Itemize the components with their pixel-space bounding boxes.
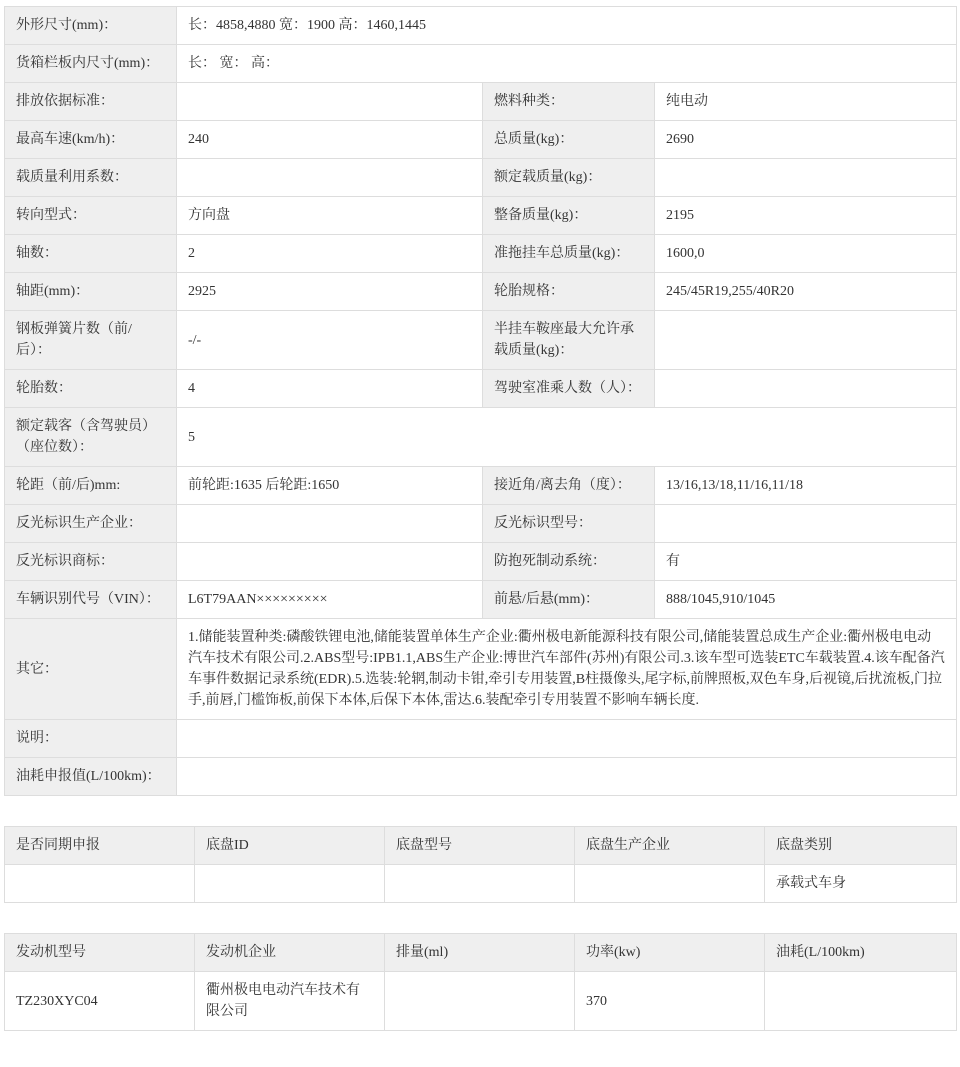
spec-value: L6T79AAN××××××××× (177, 581, 483, 619)
spec-row: 油耗申报值(L/100km)： (5, 758, 957, 796)
spec-label: 转向型式： (5, 197, 177, 235)
chassis-header-cell: 底盘类别 (765, 827, 957, 865)
spec-value: 1.储能装置种类:磷酸铁锂电池,储能装置单体生产企业:衢州极电新能源科技有限公司… (177, 619, 957, 720)
spec-label: 车辆识别代号（VIN）： (5, 581, 177, 619)
spec-label: 整备质量(kg)： (483, 197, 655, 235)
spec-value: 2 (177, 235, 483, 273)
spec-row: 说明： (5, 720, 957, 758)
spec-label: 轮胎数： (5, 370, 177, 408)
chassis-table: 是否同期申报 底盘ID 底盘型号 底盘生产企业 底盘类别 承载式车身 (4, 826, 957, 903)
engine-cell: 370 (575, 972, 765, 1031)
spec-label: 油耗申报值(L/100km)： (5, 758, 177, 796)
spec-row: 载质量利用系数： 额定载质量(kg)： (5, 159, 957, 197)
spec-label: 额定载质量(kg)： (483, 159, 655, 197)
chassis-header-cell: 是否同期申报 (5, 827, 195, 865)
spec-label: 其它： (5, 619, 177, 720)
spec-value (655, 159, 957, 197)
spec-row: 轮距（前/后)mm: 前轮距:1635 后轮距:1650 接近角/离去角（度）：… (5, 467, 957, 505)
spec-label: 防抱死制动系统： (483, 543, 655, 581)
chassis-cell: 承载式车身 (765, 865, 957, 903)
spec-row: 最高车速(km/h)： 240 总质量(kg)： 2690 (5, 121, 957, 159)
chassis-header-row: 是否同期申报 底盘ID 底盘型号 底盘生产企业 底盘类别 (5, 827, 957, 865)
spec-row: 轴数： 2 准拖挂车总质量(kg)： 1600,0 (5, 235, 957, 273)
spec-label: 前悬/后悬(mm)： (483, 581, 655, 619)
spec-label: 轮距（前/后)mm: (5, 467, 177, 505)
chassis-cell (575, 865, 765, 903)
spec-label: 外形尺寸(mm)： (5, 7, 177, 45)
spec-label: 燃料种类： (483, 83, 655, 121)
chassis-data-row: 承载式车身 (5, 865, 957, 903)
spec-label: 说明： (5, 720, 177, 758)
spec-row: 额定载客（含驾驶员）（座位数）： 5 (5, 408, 957, 467)
engine-header-cell: 功率(kw) (575, 934, 765, 972)
spec-label: 反光标识型号： (483, 505, 655, 543)
spec-value (177, 159, 483, 197)
spec-row: 货箱栏板内尺寸(mm)： 长： 宽： 高： (5, 45, 957, 83)
engine-header-cell: 油耗(L/100km) (765, 934, 957, 972)
spec-value: 1600,0 (655, 235, 957, 273)
spec-value: 方向盘 (177, 197, 483, 235)
spec-row: 车辆识别代号（VIN）： L6T79AAN××××××××× 前悬/后悬(mm)… (5, 581, 957, 619)
spec-label: 额定载客（含驾驶员）（座位数）： (5, 408, 177, 467)
spec-label: 载质量利用系数： (5, 159, 177, 197)
spec-label: 接近角/离去角（度）： (483, 467, 655, 505)
spec-row: 排放依据标准： 燃料种类： 纯电动 (5, 83, 957, 121)
spec-label: 反光标识生产企业： (5, 505, 177, 543)
spec-label: 准拖挂车总质量(kg)： (483, 235, 655, 273)
spec-row: 外形尺寸(mm)： 长：4858,4880 宽：1900 高：1460,1445 (5, 7, 957, 45)
spec-value: 245/45R19,255/40R20 (655, 273, 957, 311)
engine-cell (765, 972, 957, 1031)
spec-value: 4 (177, 370, 483, 408)
chassis-cell (5, 865, 195, 903)
spec-value: 长： 宽： 高： (177, 45, 957, 83)
chassis-header-cell: 底盘ID (195, 827, 385, 865)
spec-label: 排放依据标准： (5, 83, 177, 121)
spec-label: 轴距(mm)： (5, 273, 177, 311)
spec-row: 轴距(mm)： 2925 轮胎规格： 245/45R19,255/40R20 (5, 273, 957, 311)
spec-row: 转向型式： 方向盘 整备质量(kg)： 2195 (5, 197, 957, 235)
spec-row: 轮胎数： 4 驾驶室准乘人数（人）： (5, 370, 957, 408)
engine-cell (385, 972, 575, 1031)
spec-value: 240 (177, 121, 483, 159)
engine-cell: 衢州极电电动汽车技术有限公司 (195, 972, 385, 1031)
engine-header-cell: 排量(ml) (385, 934, 575, 972)
spec-value (177, 83, 483, 121)
spec-row-other: 其它： 1.储能装置种类:磷酸铁锂电池,储能装置单体生产企业:衢州极电新能源科技… (5, 619, 957, 720)
spec-row: 反光标识商标： 防抱死制动系统： 有 (5, 543, 957, 581)
spec-label: 钢板弹簧片数（前/后）： (5, 311, 177, 370)
spec-label: 最高车速(km/h)： (5, 121, 177, 159)
spec-value: 有 (655, 543, 957, 581)
spec-label: 轮胎规格： (483, 273, 655, 311)
spec-value (177, 758, 957, 796)
chassis-header-cell: 底盘型号 (385, 827, 575, 865)
spec-value: 前轮距:1635 后轮距:1650 (177, 467, 483, 505)
spec-row: 钢板弹簧片数（前/后）： -/- 半挂车鞍座最大允许承载质量(kg)： (5, 311, 957, 370)
engine-table: 发动机型号 发动机企业 排量(ml) 功率(kw) 油耗(L/100km) TZ… (4, 933, 957, 1031)
spec-value: 13/16,13/18,11/16,11/18 (655, 467, 957, 505)
spec-value: 5 (177, 408, 957, 467)
spec-value (177, 505, 483, 543)
spec-row: 反光标识生产企业： 反光标识型号： (5, 505, 957, 543)
spec-label: 半挂车鞍座最大允许承载质量(kg)： (483, 311, 655, 370)
engine-header-cell: 发动机型号 (5, 934, 195, 972)
spec-value: -/- (177, 311, 483, 370)
spec-value: 2925 (177, 273, 483, 311)
spec-label: 总质量(kg)： (483, 121, 655, 159)
chassis-cell (385, 865, 575, 903)
spec-value: 2690 (655, 121, 957, 159)
chassis-cell (195, 865, 385, 903)
spec-label: 货箱栏板内尺寸(mm)： (5, 45, 177, 83)
spec-label: 驾驶室准乘人数（人）： (483, 370, 655, 408)
spec-value (655, 505, 957, 543)
spec-value: 2195 (655, 197, 957, 235)
engine-header-cell: 发动机企业 (195, 934, 385, 972)
spec-value: 888/1045,910/1045 (655, 581, 957, 619)
spec-value: 纯电动 (655, 83, 957, 121)
spec-value (655, 311, 957, 370)
vehicle-spec-table: 外形尺寸(mm)： 长：4858,4880 宽：1900 高：1460,1445… (4, 6, 957, 796)
spec-label: 轴数： (5, 235, 177, 273)
engine-cell: TZ230XYC04 (5, 972, 195, 1031)
spec-value (177, 543, 483, 581)
spec-value (655, 370, 957, 408)
spec-value: 长：4858,4880 宽：1900 高：1460,1445 (177, 7, 957, 45)
engine-data-row: TZ230XYC04 衢州极电电动汽车技术有限公司 370 (5, 972, 957, 1031)
spec-value (177, 720, 957, 758)
engine-header-row: 发动机型号 发动机企业 排量(ml) 功率(kw) 油耗(L/100km) (5, 934, 957, 972)
chassis-header-cell: 底盘生产企业 (575, 827, 765, 865)
spec-label: 反光标识商标： (5, 543, 177, 581)
